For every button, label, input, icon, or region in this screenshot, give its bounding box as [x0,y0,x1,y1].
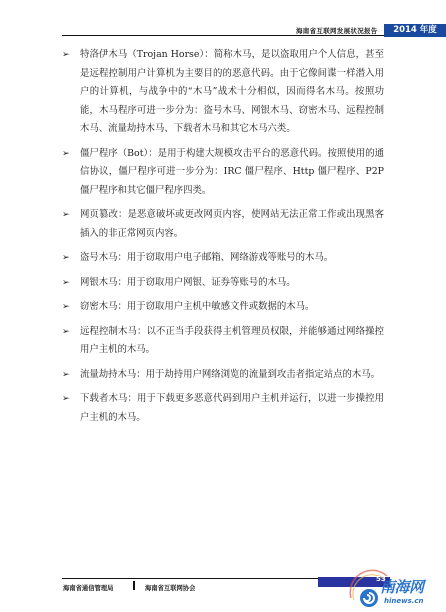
list-item: ➢ 特洛伊木马（Trojan Horse）：简称木马，是以盗取用户个人信息，甚至… [62,46,384,139]
list-item: ➢ 流量劫持木马：用于劫持用户网络浏览的流量到攻击者指定站点的木马。 [62,366,384,385]
list-item-text: 盗号木马：用于窃取用户电子邮箱、网络游戏等账号的木马。 [80,249,384,268]
list-item: ➢ 下载者木马：用于下载更多恶意代码到用户主机并运行，以进一步操控用户主机的木马… [62,390,384,427]
arrow-bullet-icon: ➢ [62,323,70,341]
arrow-bullet-icon: ➢ [62,390,70,408]
list-item-text: 网页篡改：是恶意破坏或更改网页内容，使网站无法正常工作或出现黑客插入的非正常网页… [80,206,384,243]
list-item-text: 窃密木马：用于窃取用户主机中敏感文件或数据的木马。 [80,298,384,317]
report-year-badge: 2014 年度 [384,24,446,37]
list-item: ➢ 网银木马：用于窃取用户网银、证券等账号的木马。 [62,274,384,293]
footer-org-right: 海南省互联网协会 [145,583,195,592]
definitions-list: ➢ 特洛伊木马（Trojan Horse）：简称木马，是以盗取用户个人信息，甚至… [62,46,384,433]
list-item: ➢ 远程控制木马：以不正当手段获得主机管理员权限，并能够通过网络操控用户主机的木… [62,323,384,360]
list-item-text: 下载者木马：用于下载更多恶意代码到用户主机并运行，以进一步操控用户主机的木马。 [80,390,384,427]
header-divider [62,35,384,36]
footer-divider [62,578,320,579]
footer-org-left: 海南省通信管理局 [63,583,113,592]
watermark-name: 南海网 [380,576,424,597]
arrow-bullet-icon: ➢ [62,249,70,267]
arrow-bullet-icon: ➢ [62,145,70,163]
watermark-domain: hinews.cn [384,597,424,605]
arrow-bullet-icon: ➢ [62,206,70,224]
list-item: ➢ 盗号木马：用于窃取用户电子邮箱、网络游戏等账号的木马。 [62,249,384,268]
list-item-text: 网银木马：用于窃取用户网银、证券等账号的木马。 [80,274,384,293]
list-item: ➢ 僵尸程序（Bot）：是用于构建大规模攻击平台的恶意代码。按照使用的通信协议，… [62,145,384,201]
list-item: ➢ 网页篡改：是恶意破坏或更改网页内容，使网站无法正常工作或出现黑客插入的非正常… [62,206,384,243]
list-item-text: 远程控制木马：以不正当手段获得主机管理员权限，并能够通过网络操控用户主机的木马。 [80,323,384,360]
arrow-bullet-icon: ➢ [62,46,70,64]
report-title: 海南省互联网发展状况报告 [296,26,378,35]
arrow-bullet-icon: ➢ [62,274,70,292]
list-item-text: 流量劫持木马：用于劫持用户网络浏览的流量到攻击者指定站点的木马。 [80,366,384,385]
list-item-text: 僵尸程序（Bot）：是用于构建大规模攻击平台的恶意代码。按照使用的通信协议，僵尸… [80,145,384,201]
list-item: ➢ 窃密木马：用于窃取用户主机中敏感文件或数据的木马。 [62,298,384,317]
footer-separator [133,581,135,590]
list-item-text: 特洛伊木马（Trojan Horse）：简称木马，是以盗取用户个人信息，甚至是远… [80,46,384,139]
arrow-bullet-icon: ➢ [62,298,70,316]
arrow-bullet-icon: ➢ [62,366,70,384]
